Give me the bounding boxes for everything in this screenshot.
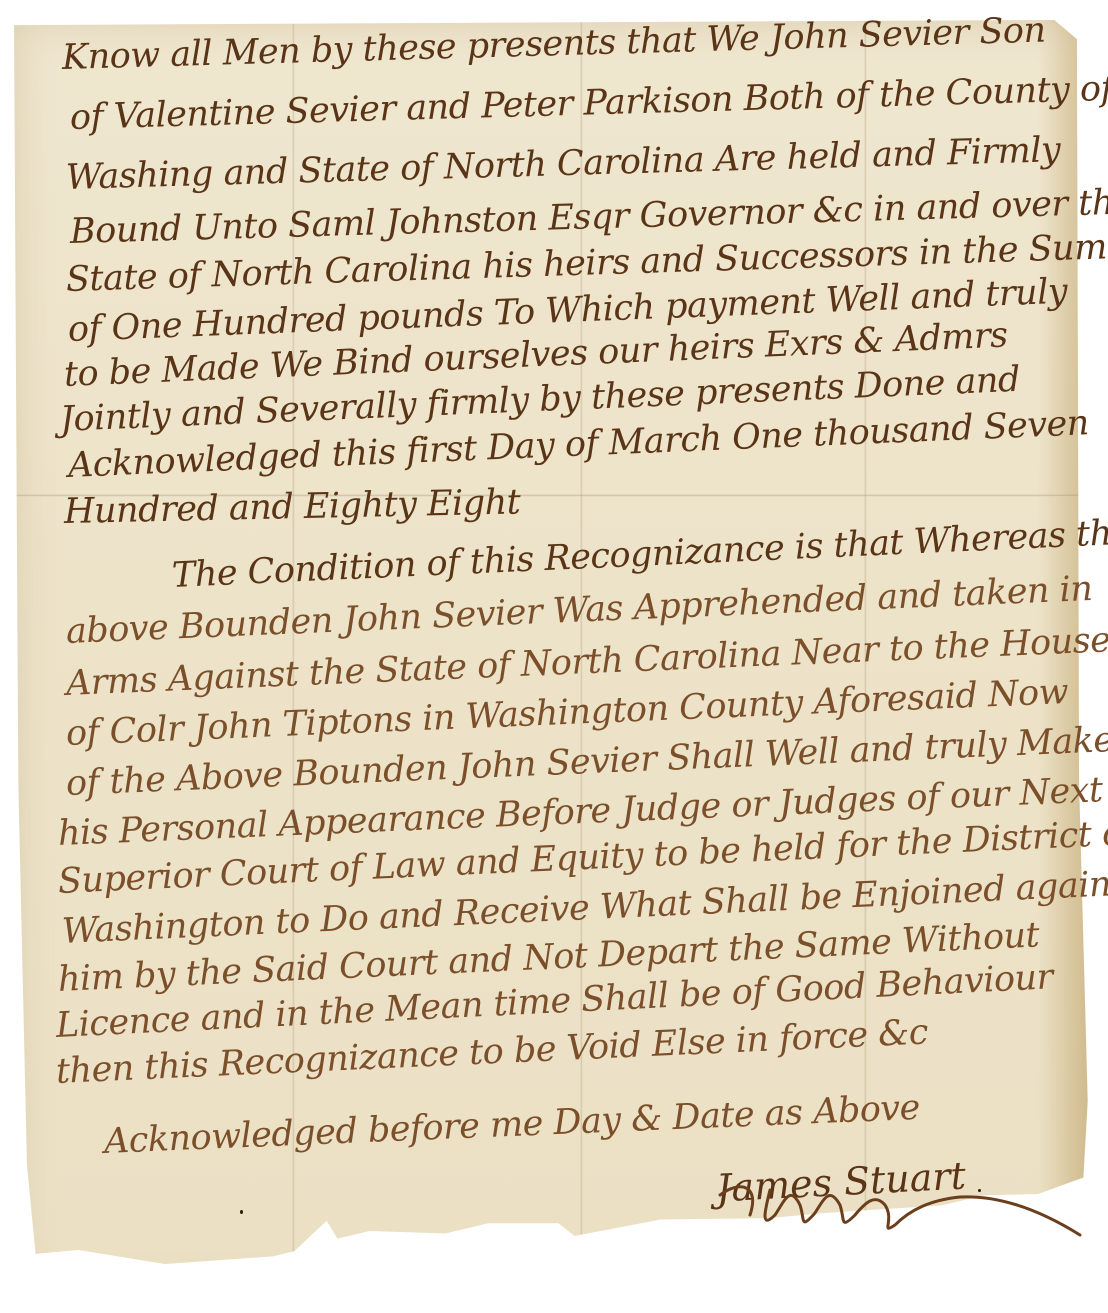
ink-spot: [240, 1210, 243, 1214]
signature-flourish-icon: [680, 1175, 1100, 1245]
ink-spot: [978, 1189, 981, 1192]
